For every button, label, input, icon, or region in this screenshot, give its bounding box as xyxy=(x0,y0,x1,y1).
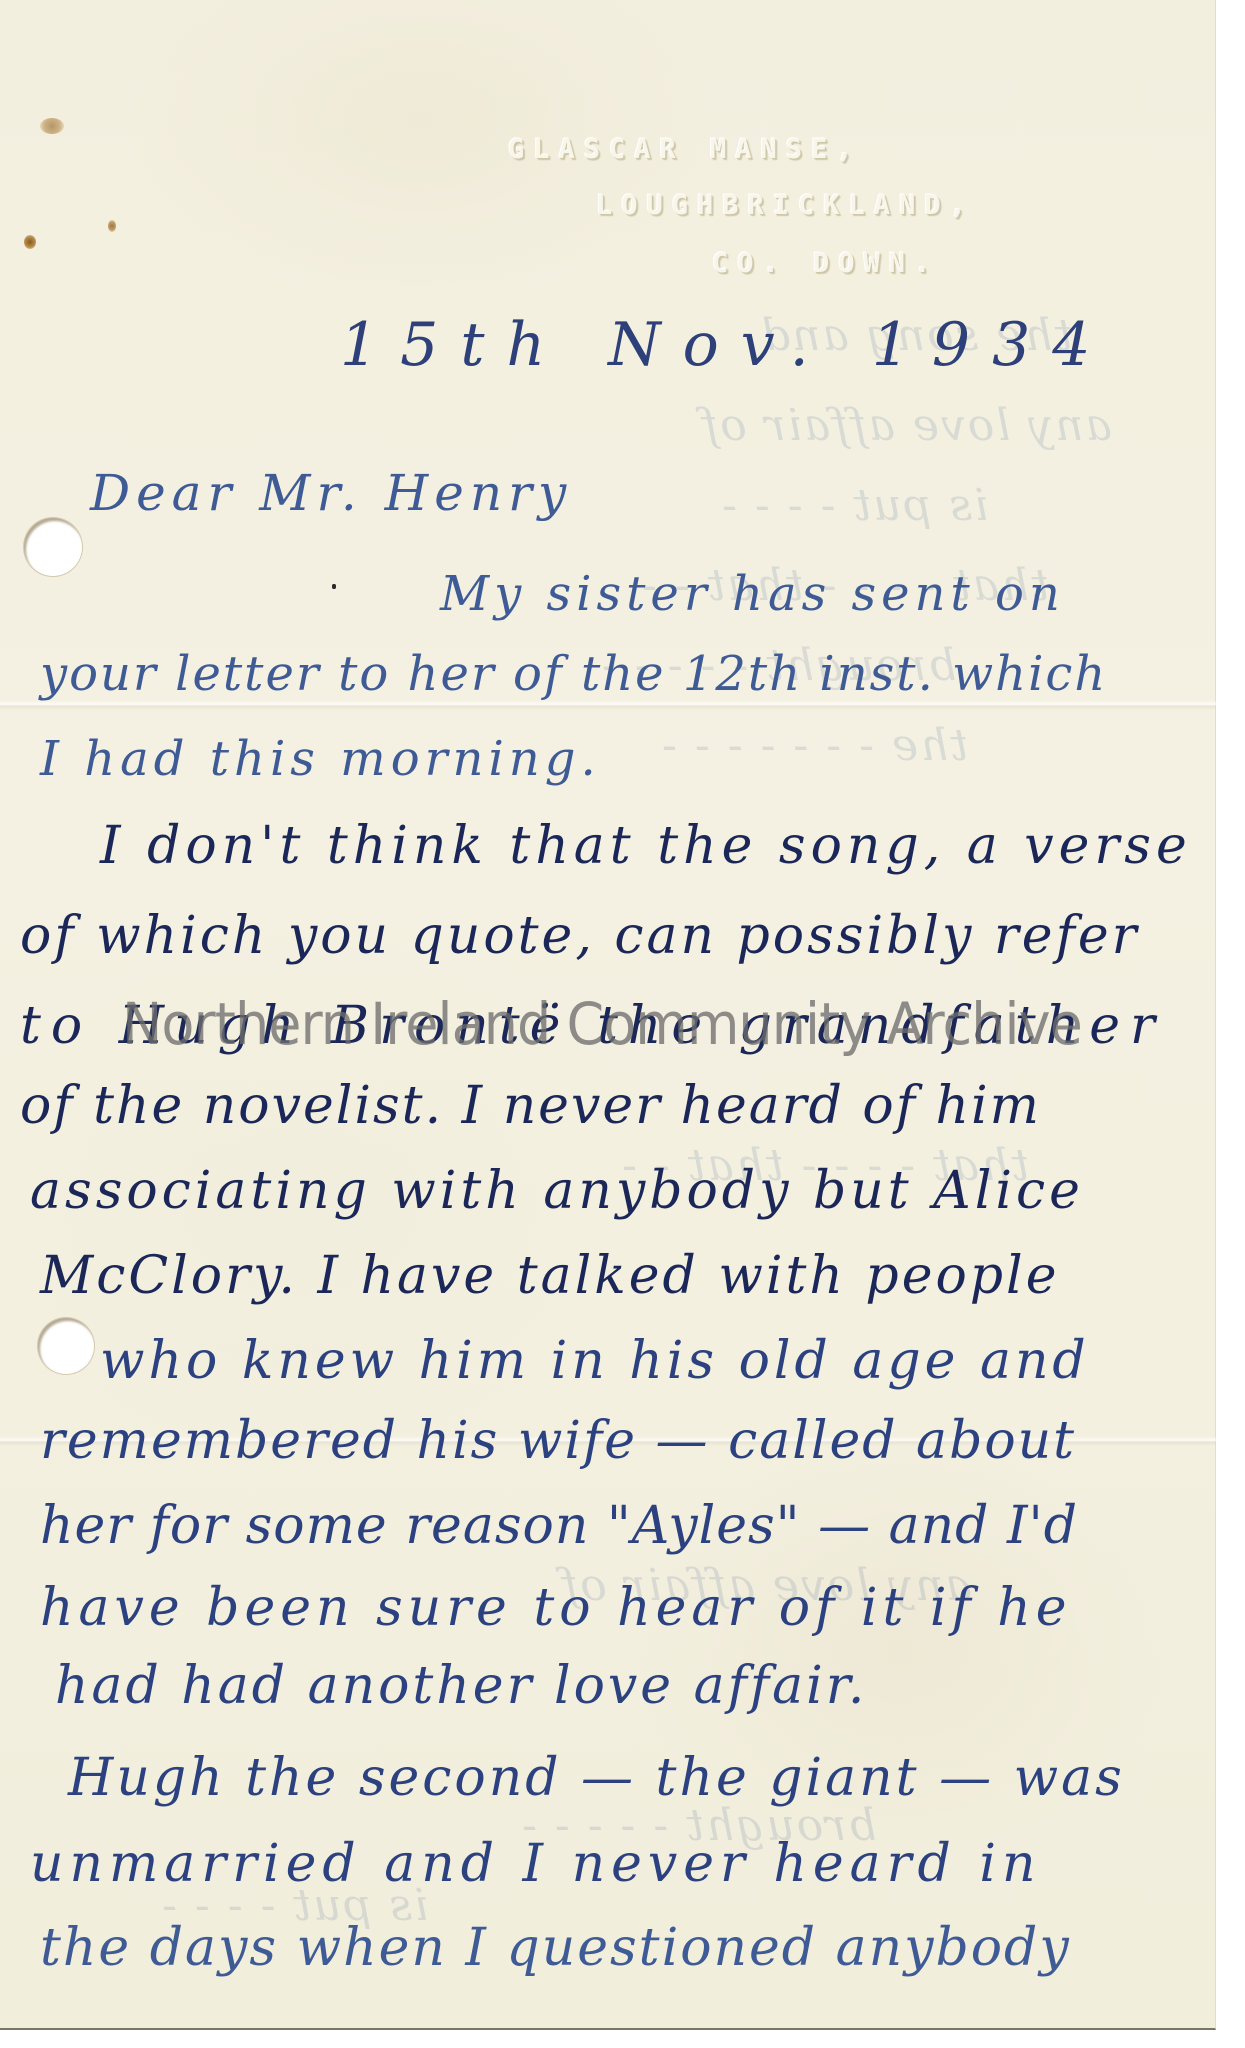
letterhead-line-1: GLASCAR MANSE, xyxy=(508,134,862,165)
letter-line: McClory. I have talked with people xyxy=(40,1250,1059,1302)
letter-line: associating with anybody but Alice xyxy=(30,1165,1084,1217)
letter-line: the days when I questioned anybody xyxy=(40,1922,1071,1974)
show-through-text: any love affair of xyxy=(700,400,1112,451)
letter-page: the song and any love affair of is put -… xyxy=(0,0,1216,2030)
staple-mark-left xyxy=(24,235,36,249)
letter-line: Hugh the second — the giant — was xyxy=(68,1752,1125,1804)
show-through-text: is put - - - - xyxy=(720,480,988,531)
letter-line: your letter to her of the 12th inst. whi… xyxy=(40,650,1107,698)
letter-line: her for some reason "Ayles" — and I'd xyxy=(40,1500,1078,1552)
letter-line: My sister has sent on xyxy=(440,570,1065,618)
ink-speck xyxy=(332,584,336,589)
letterhead-line-3: CO. DOWN. xyxy=(712,248,939,279)
punch-hole-lower xyxy=(38,1318,94,1374)
letter-line: had had another love affair. xyxy=(55,1660,867,1712)
staple-mark-right xyxy=(108,220,116,232)
letter-line: I don't think that the song, a verse xyxy=(100,820,1192,872)
letter-date: 15th Nov. 1934 xyxy=(340,310,1112,380)
show-through-text: the - - - - - - - xyxy=(660,720,968,771)
archive-watermark: Northern Ireland Community Archive xyxy=(122,990,1082,1058)
salutation: Dear Mr. Henry xyxy=(90,468,572,518)
letter-line: remembered his wife — called about xyxy=(40,1415,1076,1467)
letter-line: of which you quote, can possibly refer xyxy=(20,910,1139,962)
letter-line: unmarried and I never heard in xyxy=(30,1838,1041,1890)
letter-line: who knew him in his old age and xyxy=(100,1335,1090,1387)
letter-line: of the novelist. I never heard of him xyxy=(20,1080,1041,1132)
staple-mark-upper xyxy=(40,118,64,134)
letter-line: have been sure to hear of it if he xyxy=(40,1582,1072,1634)
punch-hole-upper xyxy=(24,518,82,576)
letter-line: I had this morning. xyxy=(40,735,601,783)
letterhead-line-2: LOUGHBRICKLAND, xyxy=(596,190,975,221)
